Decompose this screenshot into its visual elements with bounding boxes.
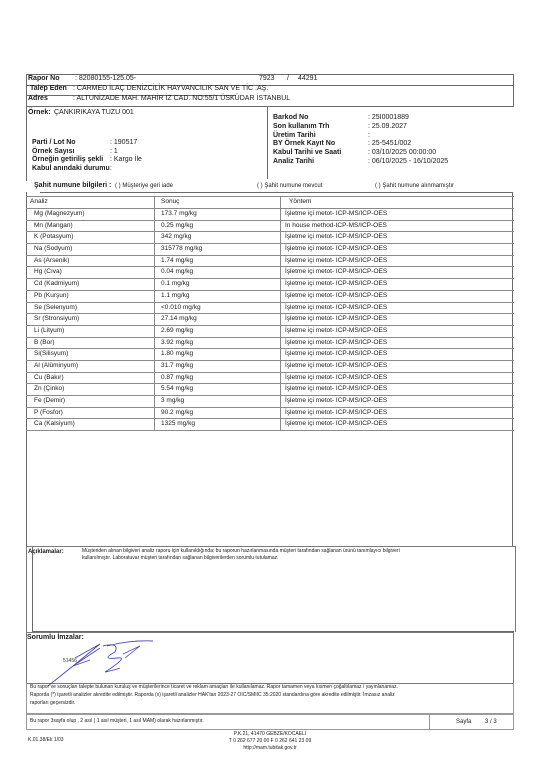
- notes-line-1: Müşteriden alınan bilgiveri analiz rapor…: [82, 548, 400, 555]
- table-row: Zn (Çinko)5.54 mg/kgİşletme içi metot- I…: [26, 384, 514, 396]
- method-cell: İşletme içi metot- ICP-MS/ICP-OES: [285, 209, 387, 219]
- table-row: K (Potasyum)342 mg/kgİşletme içi metot- …: [26, 232, 514, 244]
- requester-value: : CARMED İLAÇ DENİZCİLİK HAYVANCILIK SAN…: [73, 84, 268, 93]
- sample-right-fields: Barkod No : 25I0001889 Son kullanım Trh …: [273, 113, 513, 166]
- registration-no-label: BY Örnek Kayıt No: [273, 139, 335, 148]
- analysis-cell: K (Potasyum): [34, 232, 73, 242]
- result-cell: 315778 mg/kg: [161, 244, 202, 254]
- expiry-label: Son kullanım Trh: [273, 122, 329, 131]
- witness-option-returned[interactable]: ( ) Müşteriye geri iade: [115, 182, 173, 190]
- analysis-cell: Li (Lityum): [34, 326, 64, 336]
- table-row: Al (Alüminyum)31.7 mg/kgİşletme içi meto…: [26, 361, 514, 373]
- table-row: Pb (Kurşun)1.1 mg/kgİşletme içi metot- I…: [26, 291, 514, 303]
- signature-mark: [45, 640, 155, 688]
- column-analysis: Analiz: [30, 197, 48, 207]
- reception-state-label: Kabul anındaki durumu: [32, 164, 110, 173]
- method-cell: In house method-ICP-MS/ICP-OES: [285, 221, 387, 231]
- method-cell: İşletme içi metot- ICP-MS/ICP-OES: [285, 338, 387, 348]
- report-no-label: Rapor No: [28, 74, 60, 83]
- production-date-value: :: [368, 131, 370, 140]
- report-no-value: : 82080155-125.05-: [75, 74, 136, 83]
- method-cell: İşletme içi metot- ICP-MS/ICP-OES: [285, 419, 387, 429]
- analysis-cell: Si(Silisyum): [34, 349, 68, 359]
- notes-line-2: kullanılmıştır. Laboratuvar müşteri tara…: [82, 555, 279, 562]
- result-cell: 27.14 mg/kg: [161, 314, 197, 324]
- result-cell: 0.04 mg/kg: [161, 267, 193, 277]
- analysis-cell: B (Bor): [34, 338, 55, 348]
- result-cell: 0.87 mg/kg: [161, 373, 193, 383]
- table-row: Hg (Cıva)0.04 mg/kgİşletme içi metot- IC…: [26, 267, 514, 279]
- table-row: Li (Lityum)2.69 mg/kgİşletme içi metot- …: [26, 326, 514, 338]
- method-cell: İşletme içi metot- ICP-MS/ICP-OES: [285, 256, 387, 266]
- analysis-cell: Mn (Mangan): [34, 221, 73, 231]
- method-cell: İşletme içi metot- ICP-MS/ICP-OES: [285, 396, 387, 406]
- result-cell: 1325 mg/kg: [161, 419, 195, 429]
- method-cell: İşletme içi metot- ICP-MS/ICP-OES: [285, 326, 387, 336]
- witness-label: Şahit numune bilgileri :: [34, 181, 111, 190]
- result-cell: 90.2 mg/kg: [161, 408, 193, 418]
- result-cell: 31.7 mg/kg: [161, 361, 193, 371]
- copies-text: Bu rapor 3sayfa olup , 2 asıl ( 1 asıl m…: [30, 718, 204, 725]
- table-row: Ca (Kalsiyum)1325 mg/kgİşletme içi metot…: [26, 419, 514, 431]
- table-row: Fe (Demir)3 mg/kgİşletme içi metot- ICP-…: [26, 396, 514, 408]
- analysis-cell: Fe (Demir): [34, 396, 65, 406]
- witness-option-not-taken[interactable]: ( ) Şahit numune alınmamıştır: [375, 182, 454, 190]
- table-row: B (Bor)3.92 mg/kgİşletme içi metot- ICP-…: [26, 338, 514, 350]
- method-cell: İşletme içi metot- ICP-MS/ICP-OES: [285, 373, 387, 383]
- analysis-cell: Hg (Cıva): [34, 267, 62, 277]
- analysis-date-label: Analiz Tarihi: [273, 157, 314, 166]
- table-row: Sr (Stronsiyum)27.14 mg/kgİşletme içi me…: [26, 314, 514, 326]
- analysis-cell: Zn (Çinko): [34, 384, 64, 394]
- result-cell: 1.74 mg/kg: [161, 256, 193, 266]
- method-cell: İşletme içi metot- ICP-MS/ICP-OES: [285, 314, 387, 324]
- method-cell: İşletme içi metot- ICP-MS/ICP-OES: [285, 232, 387, 242]
- method-cell: İşletme içi metot- ICP-MS/ICP-OES: [285, 267, 387, 277]
- notes-label: Açıklamalar:: [28, 548, 64, 556]
- column-method: Yöntem: [289, 197, 311, 207]
- result-cell: 173.7 mg/kg: [161, 209, 197, 219]
- footer-address: P.K.21, 41470 GEBZE/KOCAELİ: [180, 731, 360, 738]
- analysis-cell: Pb (Kurşun): [34, 291, 69, 301]
- requester-label: Talep Eden: [30, 84, 67, 93]
- barcode-label: Barkod No: [273, 113, 308, 122]
- method-cell: İşletme içi metot- ICP-MS/ICP-OES: [285, 384, 387, 394]
- witness-option-available[interactable]: ( ) Şahit numune mevcut: [257, 182, 322, 190]
- table-row: P (Fosfor)90.2 mg/kgİşletme içi metot- I…: [26, 408, 514, 420]
- analysis-cell: P (Fosfor): [34, 408, 63, 418]
- report-ref-1: 7923: [259, 74, 275, 83]
- result-cell: <0.010 mg/kg: [161, 303, 201, 313]
- method-cell: İşletme içi metot- ICP-MS/ICP-OES: [285, 303, 387, 313]
- result-cell: 0.25 mg/kg: [161, 221, 193, 231]
- result-cell: 1.1 mg/kg: [161, 291, 190, 301]
- analysis-cell: Ca (Kalsiyum): [34, 419, 75, 429]
- result-cell: 3 mg/kg: [161, 396, 184, 406]
- result-cell: 0.1 mg/kg: [161, 279, 190, 289]
- result-cell: 342 mg/kg: [161, 232, 191, 242]
- table-row: Se (Selenyum)<0.010 mg/kgİşletme içi met…: [26, 303, 514, 315]
- method-cell: İşletme içi metot- ICP-MS/ICP-OES: [285, 361, 387, 371]
- acceptance-date-value: : 03/10/2025 00:00:00: [368, 148, 436, 157]
- address-label: Adres: [28, 94, 48, 103]
- method-cell: İşletme içi metot- ICP-MS/ICP-OES: [285, 291, 387, 301]
- acceptance-date-label: Kabul Tarihi ve Saati: [273, 148, 341, 157]
- result-cell: 5.54 mg/kg: [161, 384, 193, 394]
- results-header-row: Analiz Sonuç Yöntem: [26, 196, 514, 209]
- analysis-cell: Cd (Kadmiyum): [34, 279, 79, 289]
- method-cell: İşletme içi metot- ICP-MS/ICP-OES: [285, 408, 387, 418]
- form-code: K.01.38/Ek 1/03: [28, 737, 64, 744]
- table-row: Cu (Bakır)0.87 mg/kgİşletme içi metot- I…: [26, 373, 514, 385]
- result-cell: 2.69 mg/kg: [161, 326, 193, 336]
- footer-url[interactable]: http://mam.tubitak.gov.tr: [180, 745, 360, 752]
- analysis-cell: Sr (Stronsiyum): [34, 314, 79, 324]
- method-cell: İşletme içi metot- ICP-MS/ICP-OES: [285, 279, 387, 289]
- sample-label: Örnek:: [28, 108, 51, 117]
- result-cell: 3.92 mg/kg: [161, 338, 193, 348]
- table-row: As (Arsenik)1.74 mg/kgİşletme içi metot-…: [26, 256, 514, 268]
- method-cell: İşletme içi metot- ICP-MS/ICP-OES: [285, 349, 387, 359]
- analysis-cell: Cu (Bakır): [34, 373, 64, 383]
- reception-state-value: :: [110, 164, 112, 173]
- page-label: Sayfa: [456, 718, 471, 726]
- analysis-cell: Mg (Magnezyum): [34, 209, 85, 219]
- analysis-cell: Na (Sodyum): [34, 244, 72, 254]
- footer-phone: T 0 262 677 20 00 F 0 262 641 23 09: [180, 738, 360, 745]
- method-cell: İşletme içi metot- ICP-MS/ICP-OES: [285, 244, 387, 254]
- legal-line-3: raporları geçersizdir.: [30, 700, 75, 707]
- table-row: Mg (Magnezyum)173.7 mg/kgİşletme içi met…: [26, 209, 514, 221]
- result-cell: 1.80 mg/kg: [161, 349, 193, 359]
- table-row: Cd (Kadmiyum)0.1 mg/kgİşletme içi metot-…: [26, 279, 514, 291]
- legal-line-1: Bu rapor ve sonuçları talepte bulunan ku…: [30, 684, 398, 691]
- barcode-value: : 25I0001889: [368, 113, 409, 122]
- legal-line-2: Raporda (*) işaretli analizler akredite …: [30, 692, 395, 699]
- analysis-date-value: : 06/10/2025 - 16/10/2025: [368, 157, 448, 166]
- table-row: Na (Sodyum)315778 mg/kgİşletme içi metot…: [26, 244, 514, 256]
- analysis-cell: Al (Alüminyum): [34, 361, 78, 371]
- sample-name: ÇANKIRIKAYA TUZU 001: [54, 108, 134, 117]
- page-number: 3 / 3: [485, 718, 497, 726]
- results-table: Analiz Sonuç Yöntem Mg (Magnezyum)173.7 …: [26, 196, 514, 431]
- address-value: : ALTUNİZADE MAH. MAHİR İZ CAD. NO:55/1 …: [73, 94, 290, 103]
- table-row: Mn (Mangan)0.25 mg/kgIn house method-ICP…: [26, 221, 514, 233]
- analysis-cell: As (Arsenik): [34, 256, 69, 266]
- report-ref-sep: /: [287, 74, 289, 83]
- table-row: Si(Silisyum)1.80 mg/kgİşletme içi metot-…: [26, 349, 514, 361]
- registration-no-value: : 25-5451/002: [368, 139, 411, 148]
- report-ref-2: 44291: [298, 74, 317, 83]
- expiry-value: : 25.09.2027: [368, 122, 407, 131]
- sample-left-fields: Parti / Lot No : 190517 Örnek Sayısı : 1…: [32, 138, 232, 172]
- production-date-label: Üretim Tarihi: [273, 131, 316, 140]
- analysis-cell: Se (Selenyum): [34, 303, 77, 313]
- column-result: Sonuç: [161, 197, 179, 207]
